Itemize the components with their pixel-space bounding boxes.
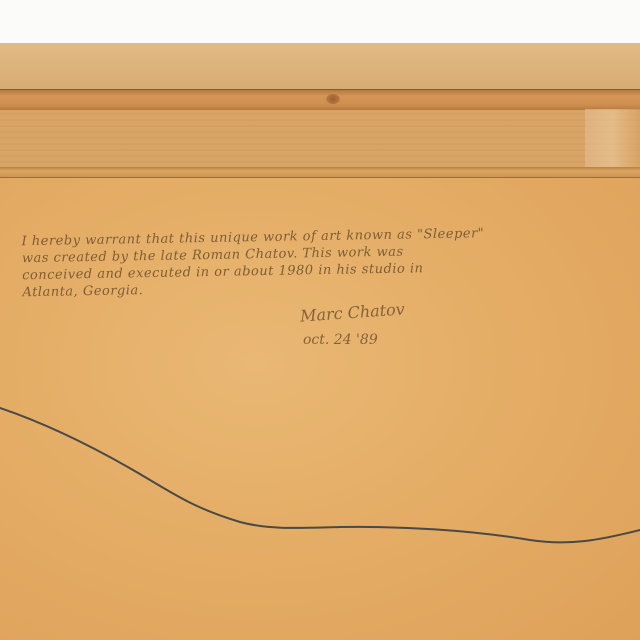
frame-plank [0,109,640,168]
frame-rail [0,89,640,110]
frame-top-board [0,43,640,89]
pencil-line-drawing [0,380,640,640]
artwork-back-photo: I hereby warrant that this unique work o… [0,0,640,640]
note-date: oct. 24 '89 [303,332,378,348]
handwritten-note: I hereby warrant that this unique work o… [21,223,622,301]
frame-plank-end [585,109,640,167]
frame-lip [0,167,640,178]
background [0,0,640,43]
wood-knot [326,94,340,104]
